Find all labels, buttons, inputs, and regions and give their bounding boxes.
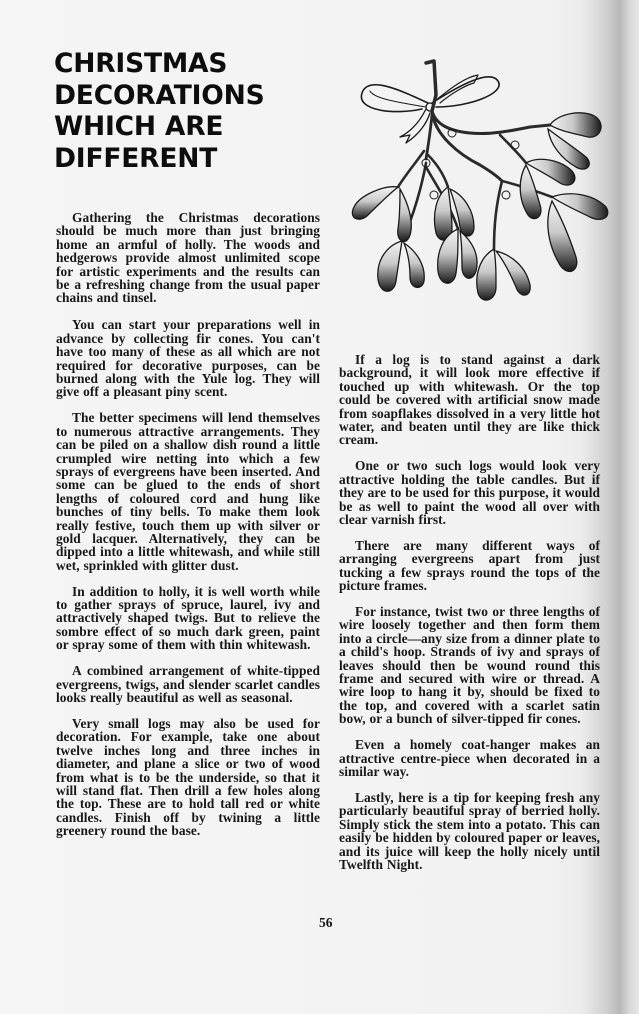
paragraph: You can start your preparations well in …	[56, 318, 320, 398]
paragraph: If a log is to stand against a dark back…	[339, 353, 600, 447]
paragraph: Very small logs may also be used for dec…	[56, 717, 320, 838]
page-number: 56	[319, 915, 333, 931]
paragraph: Even a homely coat-hanger makes an attra…	[339, 738, 600, 778]
mistletoe-icon	[340, 55, 610, 315]
paragraph: A combined arrangement of white-tipped e…	[56, 664, 320, 704]
article-title: CHRISTMAS DECORATIONS WHICH ARE DIFFEREN…	[54, 48, 264, 174]
paragraph: There are many different ways of arrangi…	[339, 539, 600, 593]
paragraph: For instance, twist two or three lengths…	[339, 605, 600, 726]
title-line: WHICH ARE	[54, 111, 264, 143]
title-line: DECORATIONS	[54, 80, 264, 112]
paragraph: In addition to holly, it is well worth w…	[56, 585, 320, 652]
title-line: CHRISTMAS	[54, 48, 264, 80]
paragraph: Lastly, here is a tip for keeping fresh …	[339, 791, 600, 871]
right-column: If a log is to stand against a dark back…	[339, 353, 600, 884]
book-page: CHRISTMAS DECORATIONS WHICH ARE DIFFEREN…	[0, 0, 639, 1014]
paragraph: One or two such logs would look very att…	[339, 459, 600, 526]
left-column: Gathering the Christmas decorations shou…	[56, 211, 320, 850]
paragraph: Gathering the Christmas decorations shou…	[56, 211, 320, 305]
title-line: DIFFERENT	[54, 143, 264, 175]
paragraph: The better specimens will lend themselve…	[56, 411, 320, 572]
